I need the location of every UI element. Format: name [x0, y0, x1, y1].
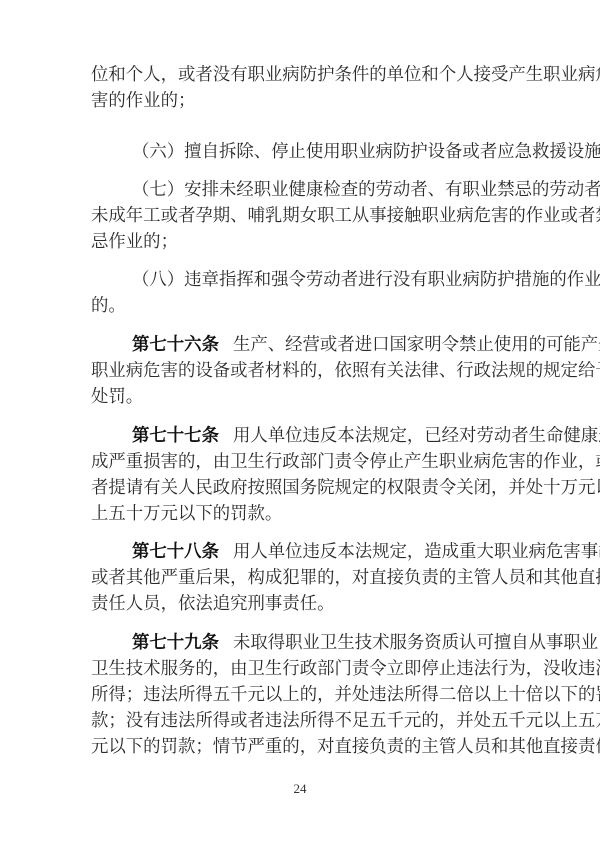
paragraph-line: 成严重损害的，由卫生行政部门责令停止产生职业病危害的作业，或: [91, 451, 509, 473]
paragraph-line: 所得；违法所得五千元以上的，并处违法所得二倍以上十倍以下的罚: [91, 684, 509, 706]
list-item-7: （七）安排未经职业健康检查的劳动者、有职业禁忌的劳动者、: [132, 179, 509, 201]
article-heading: 第七十六条: [132, 335, 219, 355]
paragraph-line: 责任人员，依法追究刑事责任。: [91, 593, 509, 615]
paragraph-line: 者提请有关人民政府按照国务院规定的权限责令关闭，并处十万元以: [91, 477, 509, 499]
paragraph-line: 上五十万元以下的罚款。: [91, 503, 509, 525]
article-76: 第七十六条生产、经营或者进口国家明令禁止使用的可能产生: [132, 334, 509, 356]
paragraph-line: 处罚。: [91, 386, 509, 408]
paragraph-line: 或者其他严重后果，构成犯罪的，对直接负责的主管人员和其他直接: [91, 567, 509, 589]
article-heading: 第七十七条: [132, 426, 219, 446]
article-heading: 第七十九条: [132, 633, 219, 653]
paragraph-line: 的。: [91, 295, 509, 317]
article-78: 第七十八条用人单位违反本法规定，造成重大职业病危害事故: [132, 541, 509, 563]
page-number: 24: [0, 781, 600, 797]
document-page: 位和个人，或者没有职业病防护条件的单位和个人接受产生职业病危 害的作业的； （六…: [0, 0, 600, 848]
paragraph-text: 用人单位违反本法规定，已经对劳动者生命健康造: [233, 426, 600, 446]
paragraph-line: 位和个人，或者没有职业病防护条件的单位和个人接受产生职业病危: [91, 64, 509, 86]
paragraph-line: 卫生技术服务的，由卫生行政部门责令立即停止违法行为，没收违法: [91, 658, 509, 680]
list-item-8: （八）违章指挥和强令劳动者进行没有职业病防护措施的作业: [132, 269, 509, 291]
article-77: 第七十七条用人单位违反本法规定，已经对劳动者生命健康造: [132, 425, 509, 447]
paragraph-line: 元以下的罚款；情节严重的，对直接负责的主管人员和其他直接责任: [91, 736, 509, 758]
article-heading: 第七十八条: [132, 542, 219, 562]
list-item-6: （六）擅自拆除、停止使用职业病防护设备或者应急救援设施的；: [132, 141, 509, 163]
paragraph-line: 未成年工或者孕期、哺乳期女职工从事接触职业病危害的作业或者禁: [91, 205, 509, 227]
paragraph-text: 未取得职业卫生技术服务资质认可擅自从事职业: [233, 633, 598, 653]
paragraph-text: 生产、经营或者进口国家明令禁止使用的可能产生: [233, 335, 600, 355]
paragraph-text: 用人单位违反本法规定，造成重大职业病危害事故: [233, 542, 600, 562]
paragraph-line: 忌作业的；: [91, 231, 509, 253]
paragraph-line: 害的作业的；: [91, 90, 509, 112]
paragraph-line: 款；没有违法所得或者违法所得不足五千元的，并处五千元以上五万: [91, 710, 509, 732]
paragraph-line: 职业病危害的设备或者材料的，依照有关法律、行政法规的规定给予: [91, 360, 509, 382]
article-79: 第七十九条未取得职业卫生技术服务资质认可擅自从事职业: [132, 632, 509, 654]
